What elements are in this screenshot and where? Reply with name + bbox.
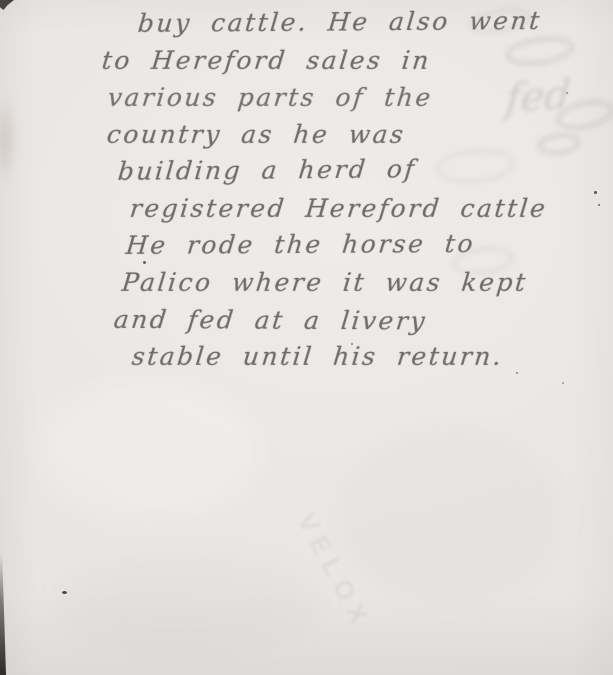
paper-texture-highlight	[40, 380, 260, 520]
handwriting-line: building a herd of	[116, 149, 613, 190]
paper-speck	[516, 372, 518, 374]
paper-speck	[598, 204, 600, 206]
paper-texture-shade	[60, 560, 320, 650]
handwriting-line: Palico where it was kept	[120, 264, 613, 301]
paper-speck	[562, 382, 564, 384]
scan-edge-shadow	[0, 552, 6, 675]
paper-speck	[143, 261, 146, 264]
velox-paper-watermark: VELOX	[291, 508, 379, 636]
ghost-pencil-impression: fed	[504, 72, 572, 122]
handwriting-line: country as he was	[105, 116, 613, 153]
paper-speck	[247, 102, 249, 104]
handwriting-line: He rode the horse to	[124, 224, 613, 264]
manuscript-photo: buy cattle. He also went to Hereford sal…	[0, 0, 613, 675]
handwriting-line: stable until his return.	[130, 338, 613, 375]
paper-speck	[566, 92, 568, 94]
handwriting-line: registered Hereford cattle	[128, 190, 613, 227]
paper-texture-shade	[340, 430, 560, 600]
handwritten-text-block: buy cattle. He also went to Hereford sal…	[0, 5, 613, 375]
paper-speck	[62, 591, 67, 594]
paper-speck	[594, 191, 597, 194]
handwriting-line: and fed at a livery	[112, 301, 613, 341]
paper-speck	[351, 343, 353, 345]
handwriting-line: buy cattle. He also went	[136, 2, 613, 42]
